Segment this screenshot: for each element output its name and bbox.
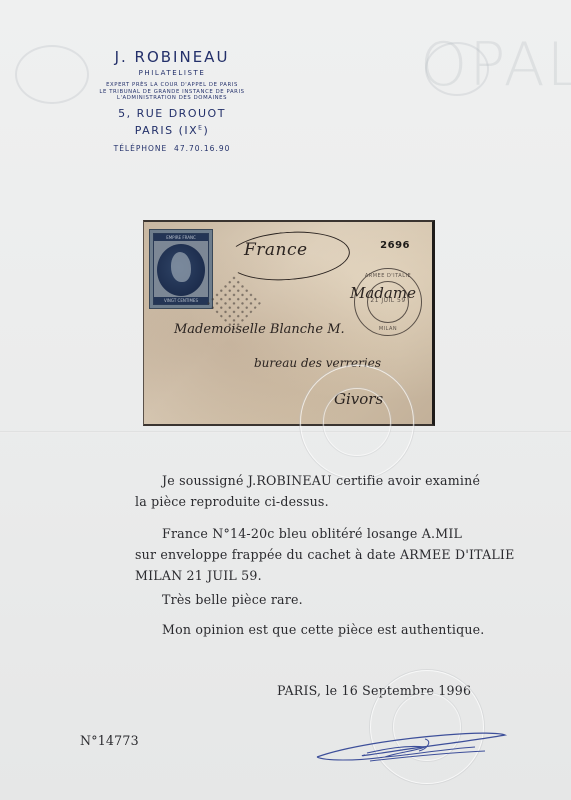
certification-statement-cont: la pièce reproduite ci-dessus. <box>135 494 329 509</box>
stamp-bottom-legend: VINGT CENTIMES <box>154 297 208 304</box>
quality-remark: Très belle pièce rare. <box>162 592 303 607</box>
certification-statement: Je soussigné J.ROBINEAU certifie avoir e… <box>162 473 480 488</box>
handwriting-city: Givors <box>334 390 383 408</box>
phone-line: TÉLÉPHONE 47.70.16.90 <box>52 144 292 153</box>
certificate-page: OPAL J. ROBINEAU PHILATELISTE EXPERT PRÈ… <box>0 0 571 800</box>
item-description-end: MILAN 21 JUIL 59. <box>135 568 262 583</box>
expert-title: PHILATELISTE <box>52 69 292 77</box>
certificate-number: N°14773 <box>80 733 139 748</box>
city-address: PARIS (IXE) <box>52 124 292 137</box>
credential-line: EXPERT PRÈS LA COUR D'APPEL DE PARIS <box>52 82 292 89</box>
item-description: France N°14-20c bleu oblitéré losange A.… <box>162 526 462 541</box>
expert-name: J. ROBINEAU <box>52 48 292 66</box>
authenticity-opinion: Mon opinion est que cette pièce est auth… <box>162 622 485 637</box>
street-address: 5, RUE DROUOT <box>52 107 292 120</box>
item-description-cont: sur enveloppe frappée du cachet à date A… <box>135 547 515 562</box>
postmark-town: MILAN <box>355 326 421 332</box>
cover-number: 2696 <box>380 240 410 251</box>
stamp-image: EMPIRE FRANC VINGT CENTIMES <box>149 229 213 309</box>
handwriting-bureau: bureau des verreries <box>254 356 381 370</box>
city-text: PARIS (IX <box>135 124 198 137</box>
phone-number: 47.70.16.90 <box>174 144 230 153</box>
credential-line: LE TRIBUNAL DE GRANDE INSTANCE DE PARIS <box>52 89 292 96</box>
page-fold-line <box>0 431 571 433</box>
handwriting-recipient: Mademoiselle Blanche M. <box>174 322 345 337</box>
place-date: PARIS, le 16 Septembre 1996 <box>277 683 471 698</box>
letterhead: J. ROBINEAU PHILATELISTE EXPERT PRÈS LA … <box>52 48 292 153</box>
postmark-cancel: ARMEE D'ITALIE 21 JUIL 59 MILAN <box>354 268 422 336</box>
napoleon-portrait-icon <box>171 252 191 282</box>
stamp-medallion <box>157 244 205 296</box>
phone-label: TÉLÉPHONE <box>114 144 168 153</box>
handwriting-country: France <box>244 240 308 260</box>
stamp-top-legend: EMPIRE FRANC <box>154 234 208 241</box>
credential-line: L'ADMINISTRATION DES DOMAINES <box>52 95 292 102</box>
cover-photo: EMPIRE FRANC VINGT CENTIMES France 2696 … <box>143 220 435 426</box>
watermark-oval-right <box>425 42 489 96</box>
city-close: ) <box>203 124 209 137</box>
signature-icon <box>315 725 515 775</box>
handwriting-salutation: Madame <box>350 284 416 302</box>
postmark-top-text: ARMEE D'ITALIE <box>355 273 421 279</box>
